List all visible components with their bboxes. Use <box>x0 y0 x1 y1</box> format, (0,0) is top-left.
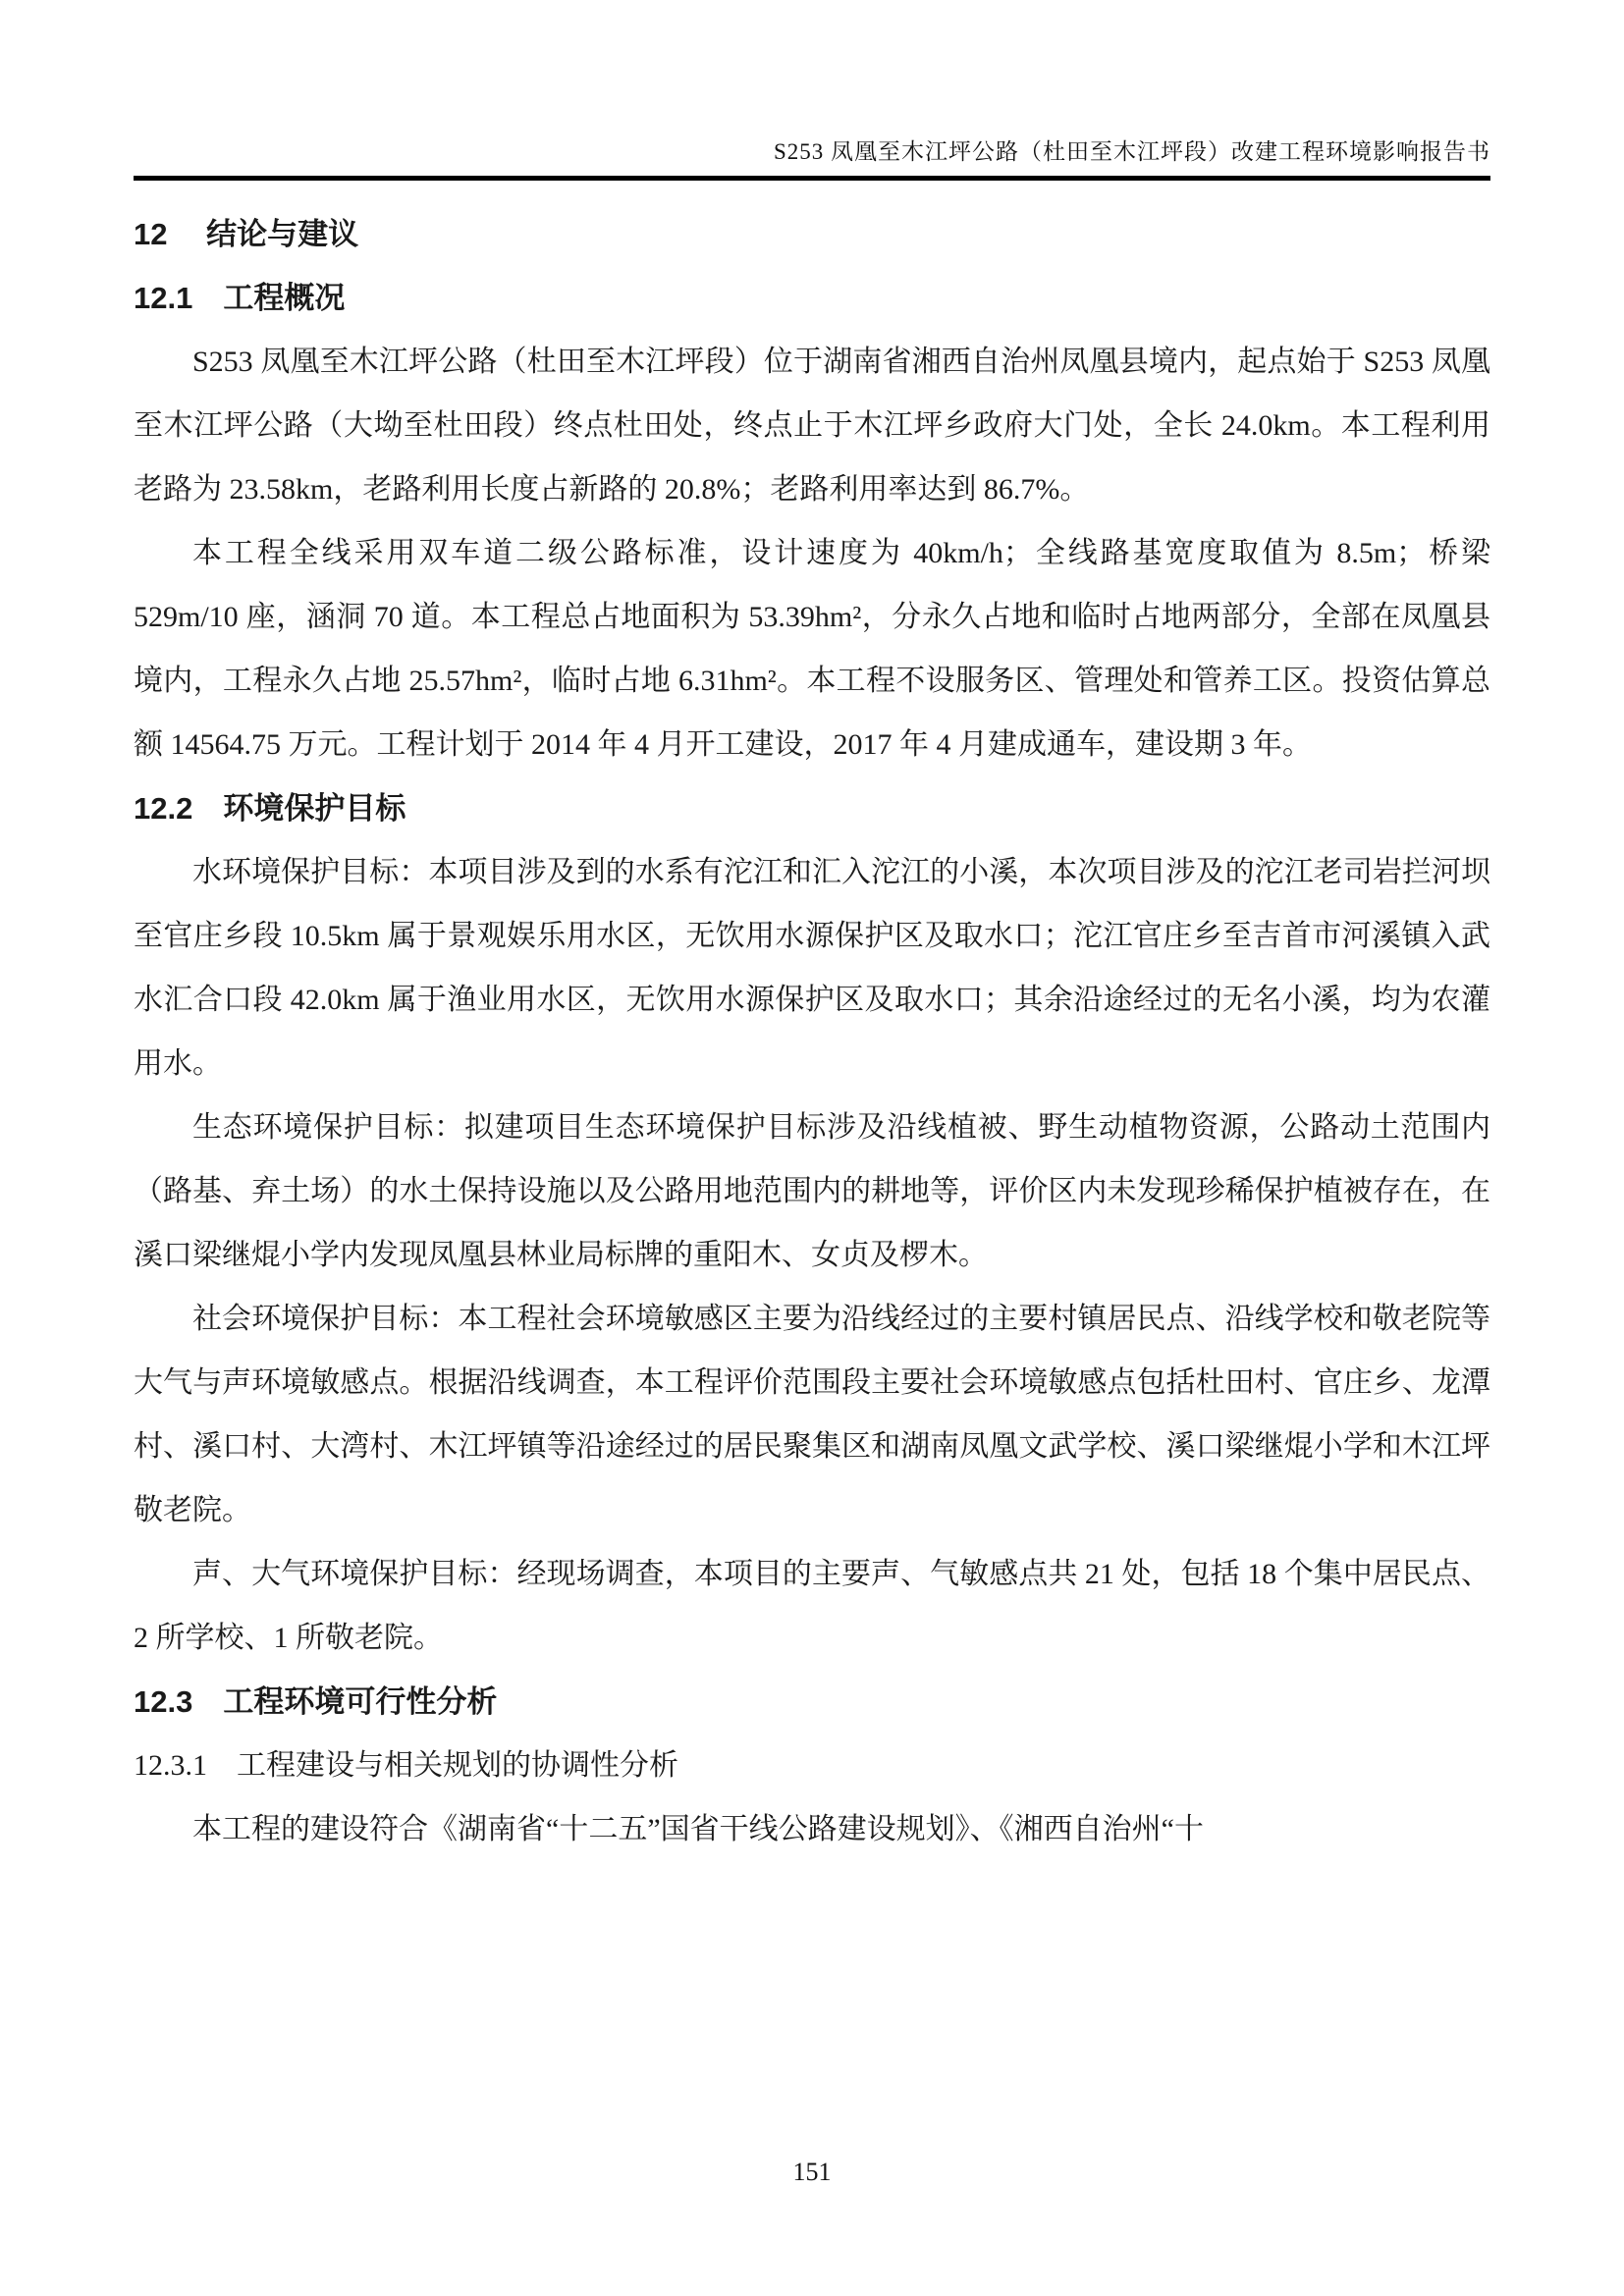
paragraph-project-overview-2: 本工程全线采用双车道二级公路标准，设计速度为 40km/h；全线路基宽度取值为 … <box>134 521 1490 776</box>
paragraph-noise-air-environment-target: 声、大气环境保护目标：经现场调查，本项目的主要声、气敏感点共 21 处，包括 1… <box>134 1542 1490 1670</box>
paragraph-planning-compliance: 本工程的建设符合《湖南省“十二五”国省干线公路建设规划》、《湘西自治州“十 <box>134 1797 1490 1861</box>
heading-12-3-engineering-environmental-feasibility: 12.3 工程环境可行性分析 <box>134 1670 1490 1734</box>
running-header: S253 凤凰至木江坪公路（杜田至木江坪段）改建工程环境影响报告书 <box>134 133 1490 181</box>
heading-12-2-environmental-protection-targets: 12.2 环境保护目标 <box>134 776 1490 840</box>
heading-12-3-1-planning-coordination-analysis: 12.3.1 工程建设与相关规划的协调性分析 <box>134 1734 1490 1797</box>
document-body: 12 结论与建议 12.1 工程概况 S253 凤凰至木江坪公路（杜田至木江坪段… <box>134 202 1490 1861</box>
document-page: S253 凤凰至木江坪公路（杜田至木江坪段）改建工程环境影响报告书 12 结论与… <box>0 0 1624 2296</box>
paragraph-project-overview-1: S253 凤凰至木江坪公路（杜田至木江坪段）位于湖南省湘西自治州凤凰县境内，起点… <box>134 330 1490 521</box>
paragraph-water-environment-target: 水环境保护目标：本项目涉及到的水系有沱江和汇入沱江的小溪，本次项目涉及的沱江老司… <box>134 840 1490 1095</box>
page-number: 151 <box>0 2158 1624 2187</box>
heading-12-conclusions-and-suggestions: 12 结论与建议 <box>134 202 1490 266</box>
paragraph-social-environment-target: 社会环境保护目标：本工程社会环境敏感区主要为沿线经过的主要村镇居民点、沿线学校和… <box>134 1287 1490 1542</box>
heading-12-1-project-overview: 12.1 工程概况 <box>134 266 1490 330</box>
paragraph-ecological-environment-target: 生态环境保护目标：拟建项目生态环境保护目标涉及沿线植被、野生动植物资源，公路动土… <box>134 1095 1490 1287</box>
